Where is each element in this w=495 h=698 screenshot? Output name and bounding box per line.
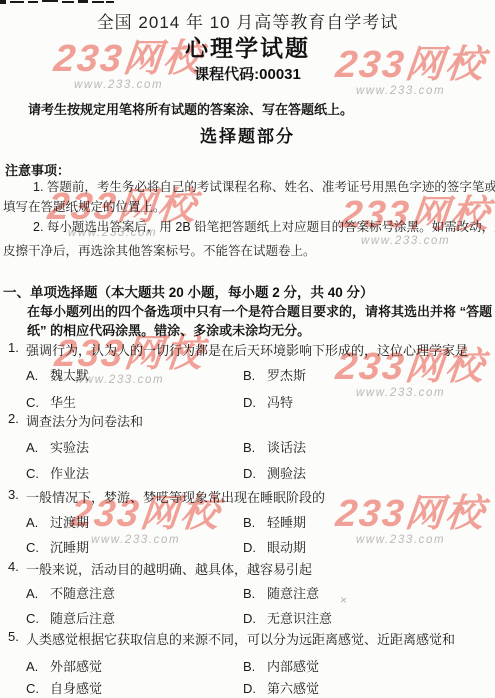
option-text: 外部感觉 — [50, 659, 102, 674]
option-label: B. — [243, 586, 267, 601]
option-text: 第六感觉 — [267, 681, 319, 696]
question-text: 人类感觉根据它获取信息的来源不同，可以分为远距离感觉、近距离感觉和 — [26, 629, 455, 648]
option-b: B.谈话法 — [243, 437, 306, 456]
exam-paper-scan: 233网校 www.233.com 233网校 www.233.com 233网… — [0, 0, 495, 698]
subject-title: 心理学试题 — [0, 30, 495, 49]
question-4-options-row: A.不随意注意 B.随意注意 — [0, 583, 495, 602]
option-d: D.眼动期 — [243, 537, 306, 556]
option-label: A. — [26, 659, 50, 674]
option-text: 过渡期 — [50, 515, 89, 530]
question-1-stem: 1. 强调行为，认为人的一切行为都是在后天环境影响下形成的，这位心理学家是 — [0, 340, 495, 359]
option-label: D. — [243, 540, 267, 555]
question-3-options-row: A.过渡期 B.轻睡期 — [0, 512, 495, 531]
scan-artifact — [0, 0, 116, 6]
option-c: C.随意后注意 — [26, 608, 115, 627]
option-text: 无意识注意 — [267, 611, 332, 626]
question-5-options-row: C.自身感觉 D.第六感觉 — [0, 678, 495, 697]
option-label: C. — [26, 681, 50, 696]
option-b: B.内部感觉 — [243, 656, 319, 675]
option-text: 眼动期 — [267, 540, 306, 555]
option-text: 实验法 — [50, 440, 89, 455]
question-4-options-row: C.随意后注意 D.无意识注意 — [0, 608, 495, 627]
question-text: 调查法分为问卷法和 — [26, 411, 143, 430]
option-label: A. — [26, 440, 50, 455]
option-label: C. — [26, 466, 50, 481]
option-label: C. — [26, 611, 50, 626]
notice-line: 2. 每小题选出答案后，用 2B 铅笔把答题纸上对应题目的答案标号涂黑。如需改动… — [33, 217, 495, 236]
option-text: 随意后注意 — [50, 611, 115, 626]
question-text: 一般来说，活动目的越明确、越具体，越容易引起 — [26, 559, 312, 578]
question-5-options-row: A.外部感觉 B.内部感觉 — [0, 656, 495, 675]
question-3-options-row: C.沉睡期 D.眼动期 — [0, 537, 495, 556]
option-label: A. — [26, 586, 50, 601]
option-text: 自身感觉 — [50, 681, 102, 696]
option-text: 作业法 — [50, 466, 89, 481]
option-text: 罗杰斯 — [267, 368, 306, 383]
option-text: 华生 — [50, 395, 76, 410]
option-d: D.冯特 — [243, 392, 293, 411]
notice-line: 填写在答题纸规定的位置上。 — [3, 197, 495, 216]
question-number: 3. — [8, 487, 19, 502]
option-label: D. — [243, 611, 267, 626]
option-label: B. — [243, 368, 267, 383]
question-1-options-row: C.华生 D.冯特 — [0, 392, 495, 411]
option-c: C.自身感觉 — [26, 678, 102, 697]
question-1-options-row: A.魏太默 B.罗杰斯 — [0, 365, 495, 384]
question-number: 1. — [8, 340, 19, 355]
option-b: B.罗杰斯 — [243, 365, 306, 384]
notice-line: 皮擦干净后，再选涂其他答案标号。不能答在试题卷上。 — [3, 241, 495, 260]
exam-title: 全国 2014 年 10 月高等教育自学考试 — [0, 8, 495, 27]
option-text: 测验法 — [267, 466, 306, 481]
section-heading: 一、单项选择题（本大题共 20 小题，每小题 2 分，共 40 分） — [3, 281, 495, 300]
question-2-stem: 2. 调查法分为问卷法和 — [0, 411, 495, 430]
option-c: C.作业法 — [26, 463, 89, 482]
option-label: D. — [243, 681, 267, 696]
option-a: A.实验法 — [26, 437, 89, 456]
option-text: 内部感觉 — [267, 659, 319, 674]
option-b: B.随意注意 — [243, 583, 319, 602]
option-label: C. — [26, 540, 50, 555]
option-label: B. — [243, 440, 267, 455]
option-text: 随意注意 — [267, 586, 319, 601]
option-label: B. — [243, 659, 267, 674]
option-text: 谈话法 — [267, 440, 306, 455]
option-label: B. — [243, 515, 267, 530]
option-d: D.无意识注意 — [243, 608, 332, 627]
option-label: A. — [26, 515, 50, 530]
question-3-stem: 3. 一般情况下，梦游、梦呓等现象常出现在睡眠阶段的 — [0, 487, 495, 506]
answer-sheet-instruction: 请考生按规定用笔将所有试题的答案涂、写在答题纸上。 — [28, 99, 495, 118]
question-number: 2. — [8, 411, 19, 426]
option-text: 冯特 — [267, 395, 293, 410]
question-2-options-row: C.作业法 D.测验法 — [0, 463, 495, 482]
option-a: A.外部感觉 — [26, 656, 102, 675]
option-a: A.魏太默 — [26, 365, 89, 384]
option-d: D.测验法 — [243, 463, 306, 482]
option-b: B.轻睡期 — [243, 512, 306, 531]
notice-line: 1. 答题前，考生务必将自己的考试课程名称、姓名、准考证号用黑色字迹的签字笔或钢… — [33, 177, 495, 196]
question-number: 5. — [8, 629, 19, 644]
option-text: 魏太默 — [50, 368, 89, 383]
option-a: A.过渡期 — [26, 512, 89, 531]
option-text: 沉睡期 — [50, 540, 89, 555]
option-c: C.华生 — [26, 392, 76, 411]
option-label: D. — [243, 395, 267, 410]
section-hint-line: 纸” 的相应代码涂黑。错涂、多涂或未涂均无分。 — [27, 320, 495, 339]
option-c: C.沉睡期 — [26, 537, 89, 556]
course-code: 课程代码:00031 — [0, 63, 495, 82]
question-text: 一般情况下，梦游、梦呓等现象常出现在睡眠阶段的 — [26, 487, 325, 506]
section-hint-line: 在每小题列出的四个备选项中只有一个是符合题目要求的，请将其选出并将 “答题 — [27, 301, 495, 320]
question-2-options-row: A.实验法 B.谈话法 — [0, 437, 495, 456]
option-label: D. — [243, 466, 267, 481]
option-text: 不随意注意 — [50, 586, 115, 601]
question-text: 强调行为，认为人的一切行为都是在后天环境影响下形成的，这位心理学家是 — [26, 340, 468, 359]
option-d: D.第六感觉 — [243, 678, 319, 697]
question-4-stem: 4. 一般来说，活动目的越明确、越具体，越容易引起 — [0, 559, 495, 578]
exam-content: 全国 2014 年 10 月高等教育自学考试 心理学试题 课程代码:00031 … — [0, 0, 495, 698]
option-a: A.不随意注意 — [26, 583, 115, 602]
option-text: 轻睡期 — [267, 515, 306, 530]
option-label: A. — [26, 368, 50, 383]
question-5-stem: 5. 人类感觉根据它获取信息的来源不同，可以分为远距离感觉、近距离感觉和 — [0, 629, 495, 648]
part-title: 选择题部分 — [0, 122, 495, 141]
option-label: C. — [26, 395, 50, 410]
question-number: 4. — [8, 559, 19, 574]
